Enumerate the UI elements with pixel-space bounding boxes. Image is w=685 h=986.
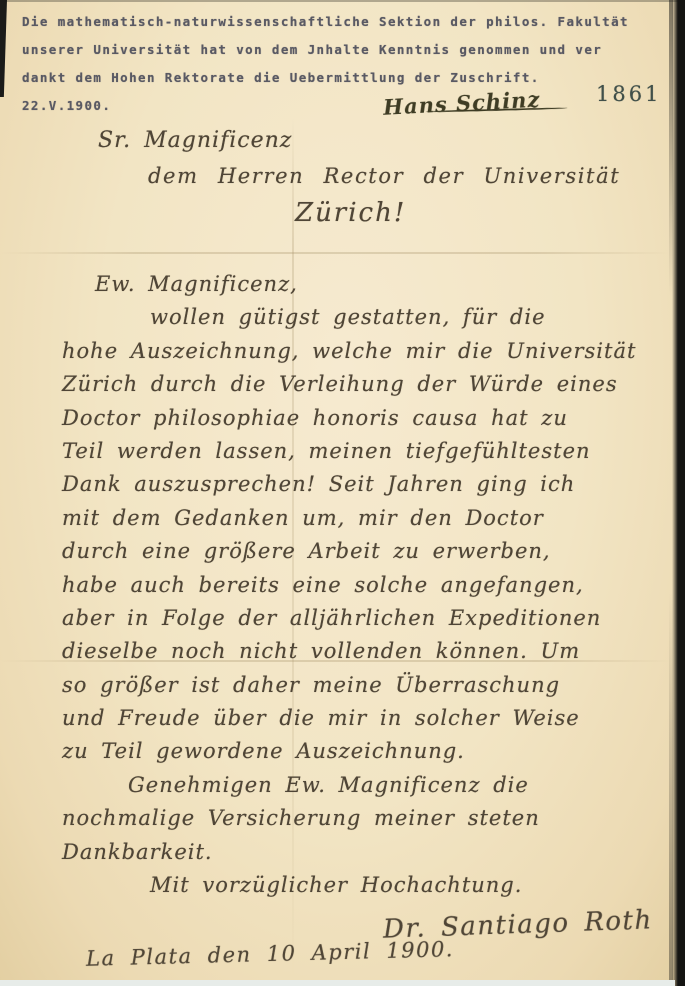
fold-crease-horizontal-upper — [0, 252, 671, 254]
body-line: Zürich durch die Verleihung der Würde ei… — [62, 372, 664, 405]
body-line: zu Teil gewordene Auszeichnung. — [62, 739, 664, 772]
body-line: Teil werden lassen, meinen tiefgefühltes… — [62, 439, 664, 472]
body-line: habe auch bereits eine solche angefangen… — [62, 573, 664, 606]
body-line: Doctor philosophiae honoris causa hat zu — [62, 406, 664, 439]
faculty-note-line-3: dankt dem Hohen Rektorate die Uebermittl… — [22, 64, 667, 92]
faculty-note-line-2: unserer Universität hat von dem Jnhalte … — [22, 36, 667, 64]
scan-right-edge-shadow — [672, 0, 685, 986]
body-line: dieselbe noch nicht vollenden können. Um — [62, 639, 664, 672]
address-line-1: Sr. Magnificenz — [98, 128, 292, 153]
body-line: mit dem Gedanken um, mir den Doctor — [62, 506, 664, 539]
archive-number-stamp: 1861 — [596, 82, 661, 106]
body-line: durch eine größere Arbeit zu erwerben, — [62, 539, 664, 572]
body-salutation: Ew. Magnificenz, — [95, 272, 664, 305]
body-line: so größer ist daher meine Überraschung — [62, 673, 664, 706]
address-line-2: dem Herren Rector der Universität — [148, 164, 620, 188]
closing-line: Mit vorzüglicher Hochachtung. — [150, 873, 664, 906]
closing-line: Dankbarkeit. — [62, 840, 664, 873]
body-line: und Freude über die mir in solcher Weise — [62, 706, 664, 739]
typewritten-faculty-note: Die mathematisch-naturwissenschaftliche … — [22, 8, 667, 120]
scan-top-edge — [0, 0, 685, 2]
scan-bottom-edge — [0, 980, 675, 986]
scan-left-edge-shadow — [0, 0, 7, 97]
body-line: aber in Folge der alljährlichen Expediti… — [62, 606, 664, 639]
faculty-note-line-1: Die mathematisch-naturwissenschaftliche … — [22, 8, 667, 36]
address-line-3: Zürich! — [295, 198, 406, 228]
faculty-note-date: 22.V.1900. — [22, 92, 667, 120]
body-line: wollen gütigst gestatten, für die — [150, 305, 664, 338]
body-line: hohe Auszeichnung, welche mir die Univer… — [62, 339, 664, 372]
body-line: Dank auszusprechen! Seit Jahren ging ich — [62, 472, 664, 505]
closing-line: Genehmigen Ew. Magnificenz die — [128, 773, 664, 806]
letter-body: Ew. Magnificenz, wollen gütigst gestatte… — [62, 272, 664, 906]
letter-scan: Die mathematisch-naturwissenschaftliche … — [0, 0, 685, 986]
closing-line: nochmalige Versicherung meiner steten — [62, 806, 664, 839]
dateline: La Plata den 10 April 1900. — [86, 937, 454, 971]
